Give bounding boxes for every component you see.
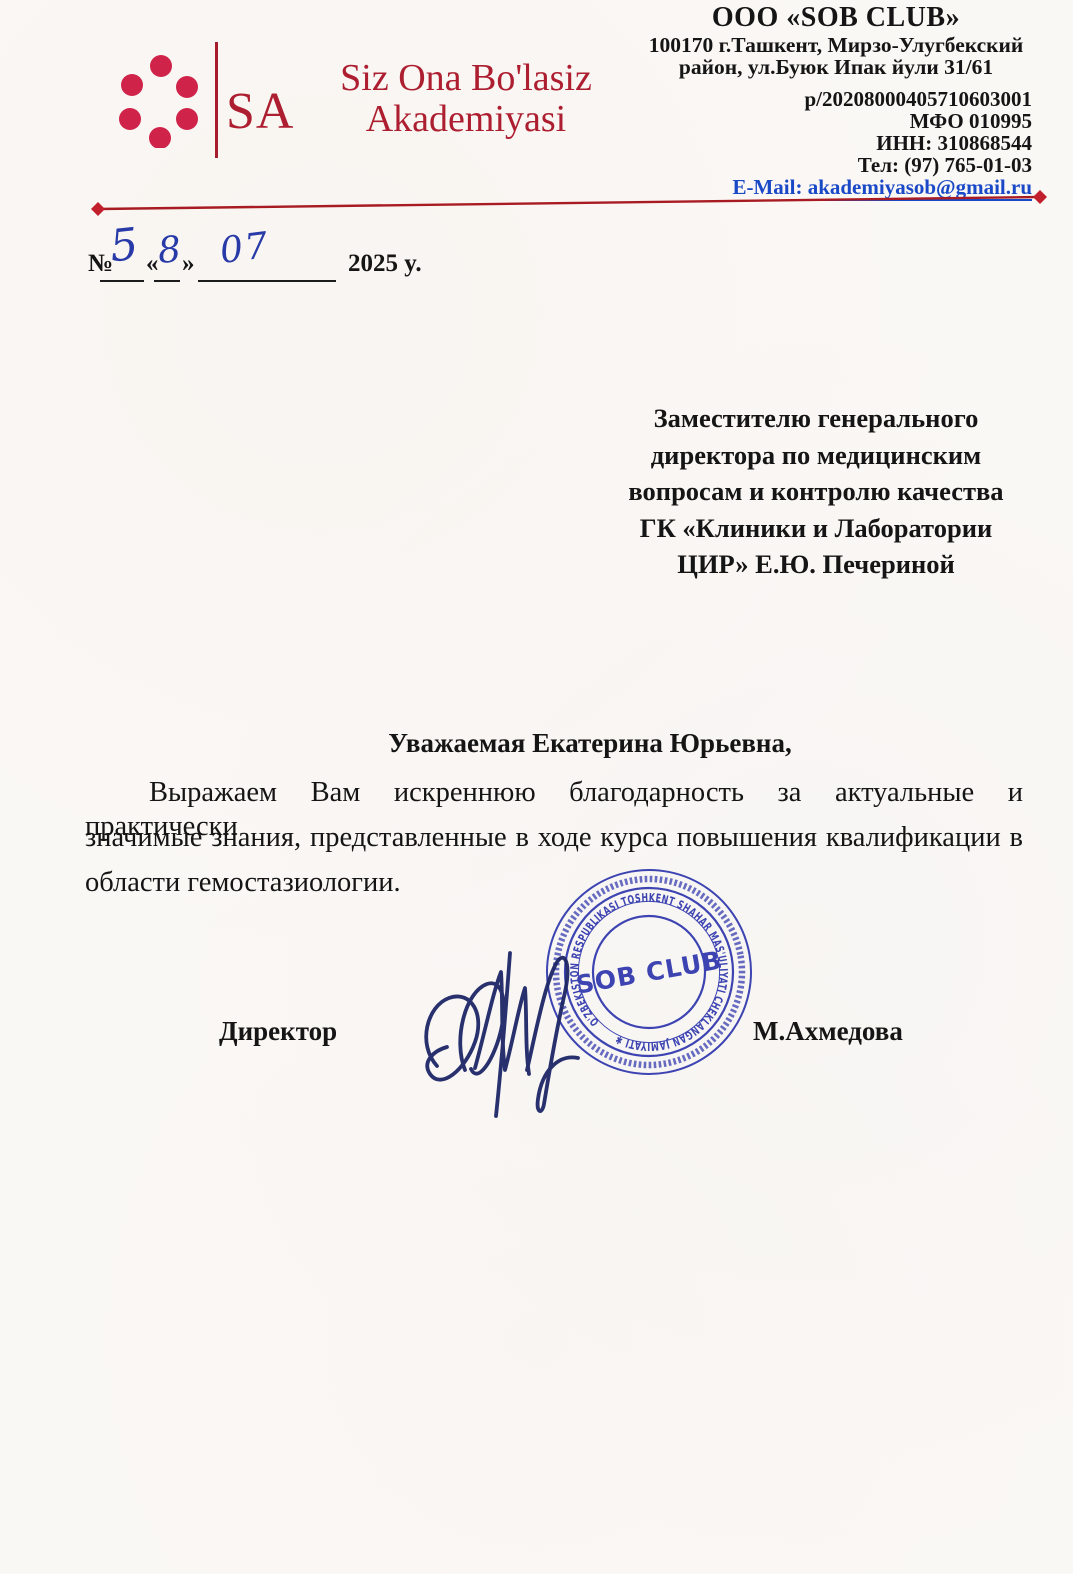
logo-dots-icon <box>112 48 204 148</box>
greeting: Уважаемая Екатерина Юрьевна, <box>330 728 850 759</box>
logo-divider <box>215 42 218 158</box>
body-line-2: значимые знания, представленные в ходе к… <box>85 821 1023 855</box>
ref-year: 2025 y. <box>348 250 422 278</box>
ref-underline-2 <box>154 280 180 282</box>
rule-diamond-left <box>91 202 105 216</box>
ref-day-handwritten: 8 <box>156 229 182 272</box>
recipient-line: ЦИР» Е.Ю. Печериной <box>596 546 1036 583</box>
signer-name: М.Ахмедова <box>753 1016 903 1047</box>
signer-title: Директор <box>219 1016 337 1047</box>
ref-quote-close: » <box>182 250 195 278</box>
rule-diamond-right <box>1033 190 1047 204</box>
letter-page: SA Siz Ona Bo'lasiz Akademiyasi ООО «SOB… <box>0 0 1073 1574</box>
company-name: ООО «SOB CLUB» <box>640 2 1032 34</box>
recipient-line: Заместителю генерального <box>596 400 1036 437</box>
ref-number-label: № <box>88 250 113 278</box>
logo-wordmark-line2: Akademiyasi <box>316 99 616 140</box>
reference-line: № 5 « 8 » 07 2025 y. <box>88 228 468 292</box>
ref-underline-3 <box>198 280 336 282</box>
recipient-line: вопросам и контролю качества <box>596 473 1036 510</box>
letterhead: ООО «SOB CLUB» 100170 г.Ташкент, Мирзо-У… <box>640 0 1032 205</box>
recipient-block: Заместителю генерального директора по ме… <box>596 400 1036 583</box>
logo-wordmark: Siz Ona Bo'lasiz Akademiyasi <box>316 58 616 140</box>
logo-monogram: SA <box>226 86 294 138</box>
ref-underline-1 <box>100 280 144 282</box>
ref-month-handwritten: 07 <box>218 225 272 272</box>
ref-number-handwritten: 5 <box>107 219 140 273</box>
signature-ink <box>413 948 591 1123</box>
letterhead-rule <box>0 186 1073 218</box>
recipient-line: директора по медицинским <box>596 437 1036 474</box>
recipient-line: ГК «Клиники и Лаборатории <box>596 510 1036 547</box>
logo-wordmark-line1: Siz Ona Bo'lasiz <box>316 58 616 99</box>
company-address-2: район, ул.Буюк Ипак йули 31/61 <box>640 55 1032 80</box>
ref-quote-open: « <box>146 250 159 278</box>
